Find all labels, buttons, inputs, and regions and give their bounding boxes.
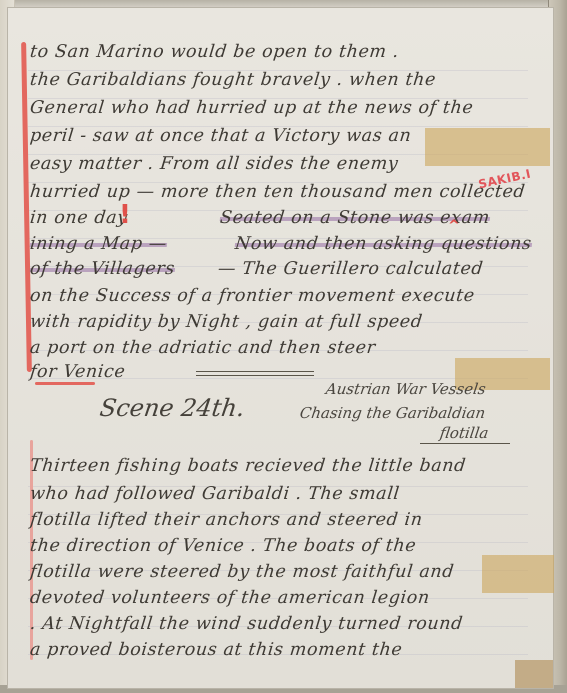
subtitle-underline (420, 443, 510, 444)
text-line: the direction of Venice . The boats of t… (29, 536, 417, 556)
text-line: flotilla were steered by the most faithf… (29, 562, 455, 582)
red-exclamation-mark: ! (119, 200, 131, 230)
margin-bracket-foot (35, 382, 95, 385)
scene-heading: Scene 24th. (98, 394, 247, 422)
text-line: with rapidity by Night , gain at full sp… (29, 312, 424, 332)
text-line: hurried up — more then ten thousand men … (29, 182, 526, 202)
insertion-caret: ^ (448, 218, 460, 234)
text-line: on the Success of a frontier movement ex… (29, 286, 476, 306)
text-line: devoted volunteers of the american legio… (29, 588, 431, 608)
tape-strip (482, 555, 554, 593)
text-line: a proved boisterous at this moment the (29, 640, 404, 660)
scene-subtitle-line: flotilla (439, 424, 490, 442)
scene-subtitle-line: Chasing the Garibaldian (299, 404, 487, 422)
text-line: in one day (29, 208, 129, 228)
text-line: for Venice (29, 362, 126, 382)
text-line: flotilla lifted their anchors and steere… (29, 510, 424, 530)
text-line: to San Marino would be open to them . (29, 42, 400, 62)
scene-subtitle-line: Austrian War Vessels (325, 380, 487, 398)
struck-text: ining a Map — (29, 234, 168, 254)
text-line: the Garibaldians fought bravely . when t… (29, 70, 437, 90)
text-line: Thirteen fishing boats recieved the litt… (29, 456, 467, 476)
struck-text: of the Villagers (29, 259, 176, 279)
text-line: — The Guerillero calculated (217, 259, 484, 279)
tape-strip (515, 660, 553, 688)
text-line: . At Nightfall the wind suddenly turned … (29, 614, 464, 634)
text-line: General who had hurried up at the news o… (29, 98, 475, 118)
text-line: easy matter . From all sides the enemy (29, 154, 399, 174)
text-line: who had followed Garibaldi . The small (29, 484, 401, 504)
tape-strip (425, 128, 550, 166)
text-line: peril - saw at once that a Victory was a… (29, 126, 412, 146)
section-divider (196, 371, 314, 372)
section-divider (196, 375, 314, 376)
text-line: a port on the adriatic and then steer (29, 338, 377, 358)
struck-text: Now and then asking questions (234, 234, 533, 254)
